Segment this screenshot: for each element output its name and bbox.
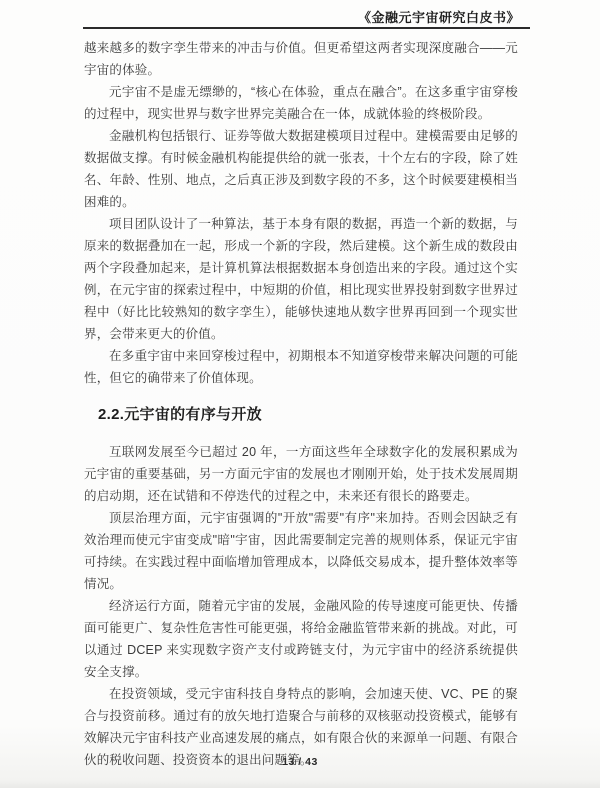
paragraph: 互联网发展至今已超过 20 年，一方面这些年全球数字化的发展积累成为元宇宙的重要… [84, 441, 518, 507]
paragraph: 金融机构包括银行、证券等做大数据建模项目过程中。建模需要由足够的数据做支撑。有时… [84, 125, 518, 213]
paragraph: 经济运行方面，随着元宇宙的发展，金融风险的传导速度可能更快、传播面可能更广、复杂… [84, 595, 518, 683]
document-body: 越来越多的数字孪生带来的冲击与价值。但更希望这两者实现深度融合——元宇宙的体验。… [84, 37, 518, 771]
page-footer: 13 / 43 [0, 756, 600, 768]
paragraph: 越来越多的数字孪生带来的冲击与价值。但更希望这两者实现深度融合——元宇宙的体验。 [84, 37, 518, 81]
page-number: 13 / 43 [282, 756, 318, 768]
paragraph: 项目团队设计了一种算法，基于本身有限的数据，再造一个新的数据，与原来的数据叠加在… [84, 213, 518, 345]
paragraph: 在多重宇宙中来回穿梭过程中，初期根本不知道穿梭带来解决问题的可能性，但它的确带来… [84, 345, 518, 389]
section-heading: 2.2.元宇宙的有序与开放 [98, 404, 518, 426]
document-title: 《金融元宇宙研究白皮书》 [358, 10, 520, 25]
paragraph: 元宇宙不是虚无缥缈的，“核心在体验，重点在融合”。在这多重宇宙穿梭的过程中，现实… [84, 81, 518, 125]
page-header: 《金融元宇宙研究白皮书》 [84, 7, 520, 26]
paragraph: 顶层治理方面，元宇宙强调的"开放"需要"有序"来加持。否则会因缺乏有效治理而使元… [84, 507, 518, 595]
document-page: 《金融元宇宙研究白皮书》 越来越多的数字孪生带来的冲击与价值。但更希望这两者实现… [0, 0, 600, 788]
header-divider [83, 27, 530, 29]
